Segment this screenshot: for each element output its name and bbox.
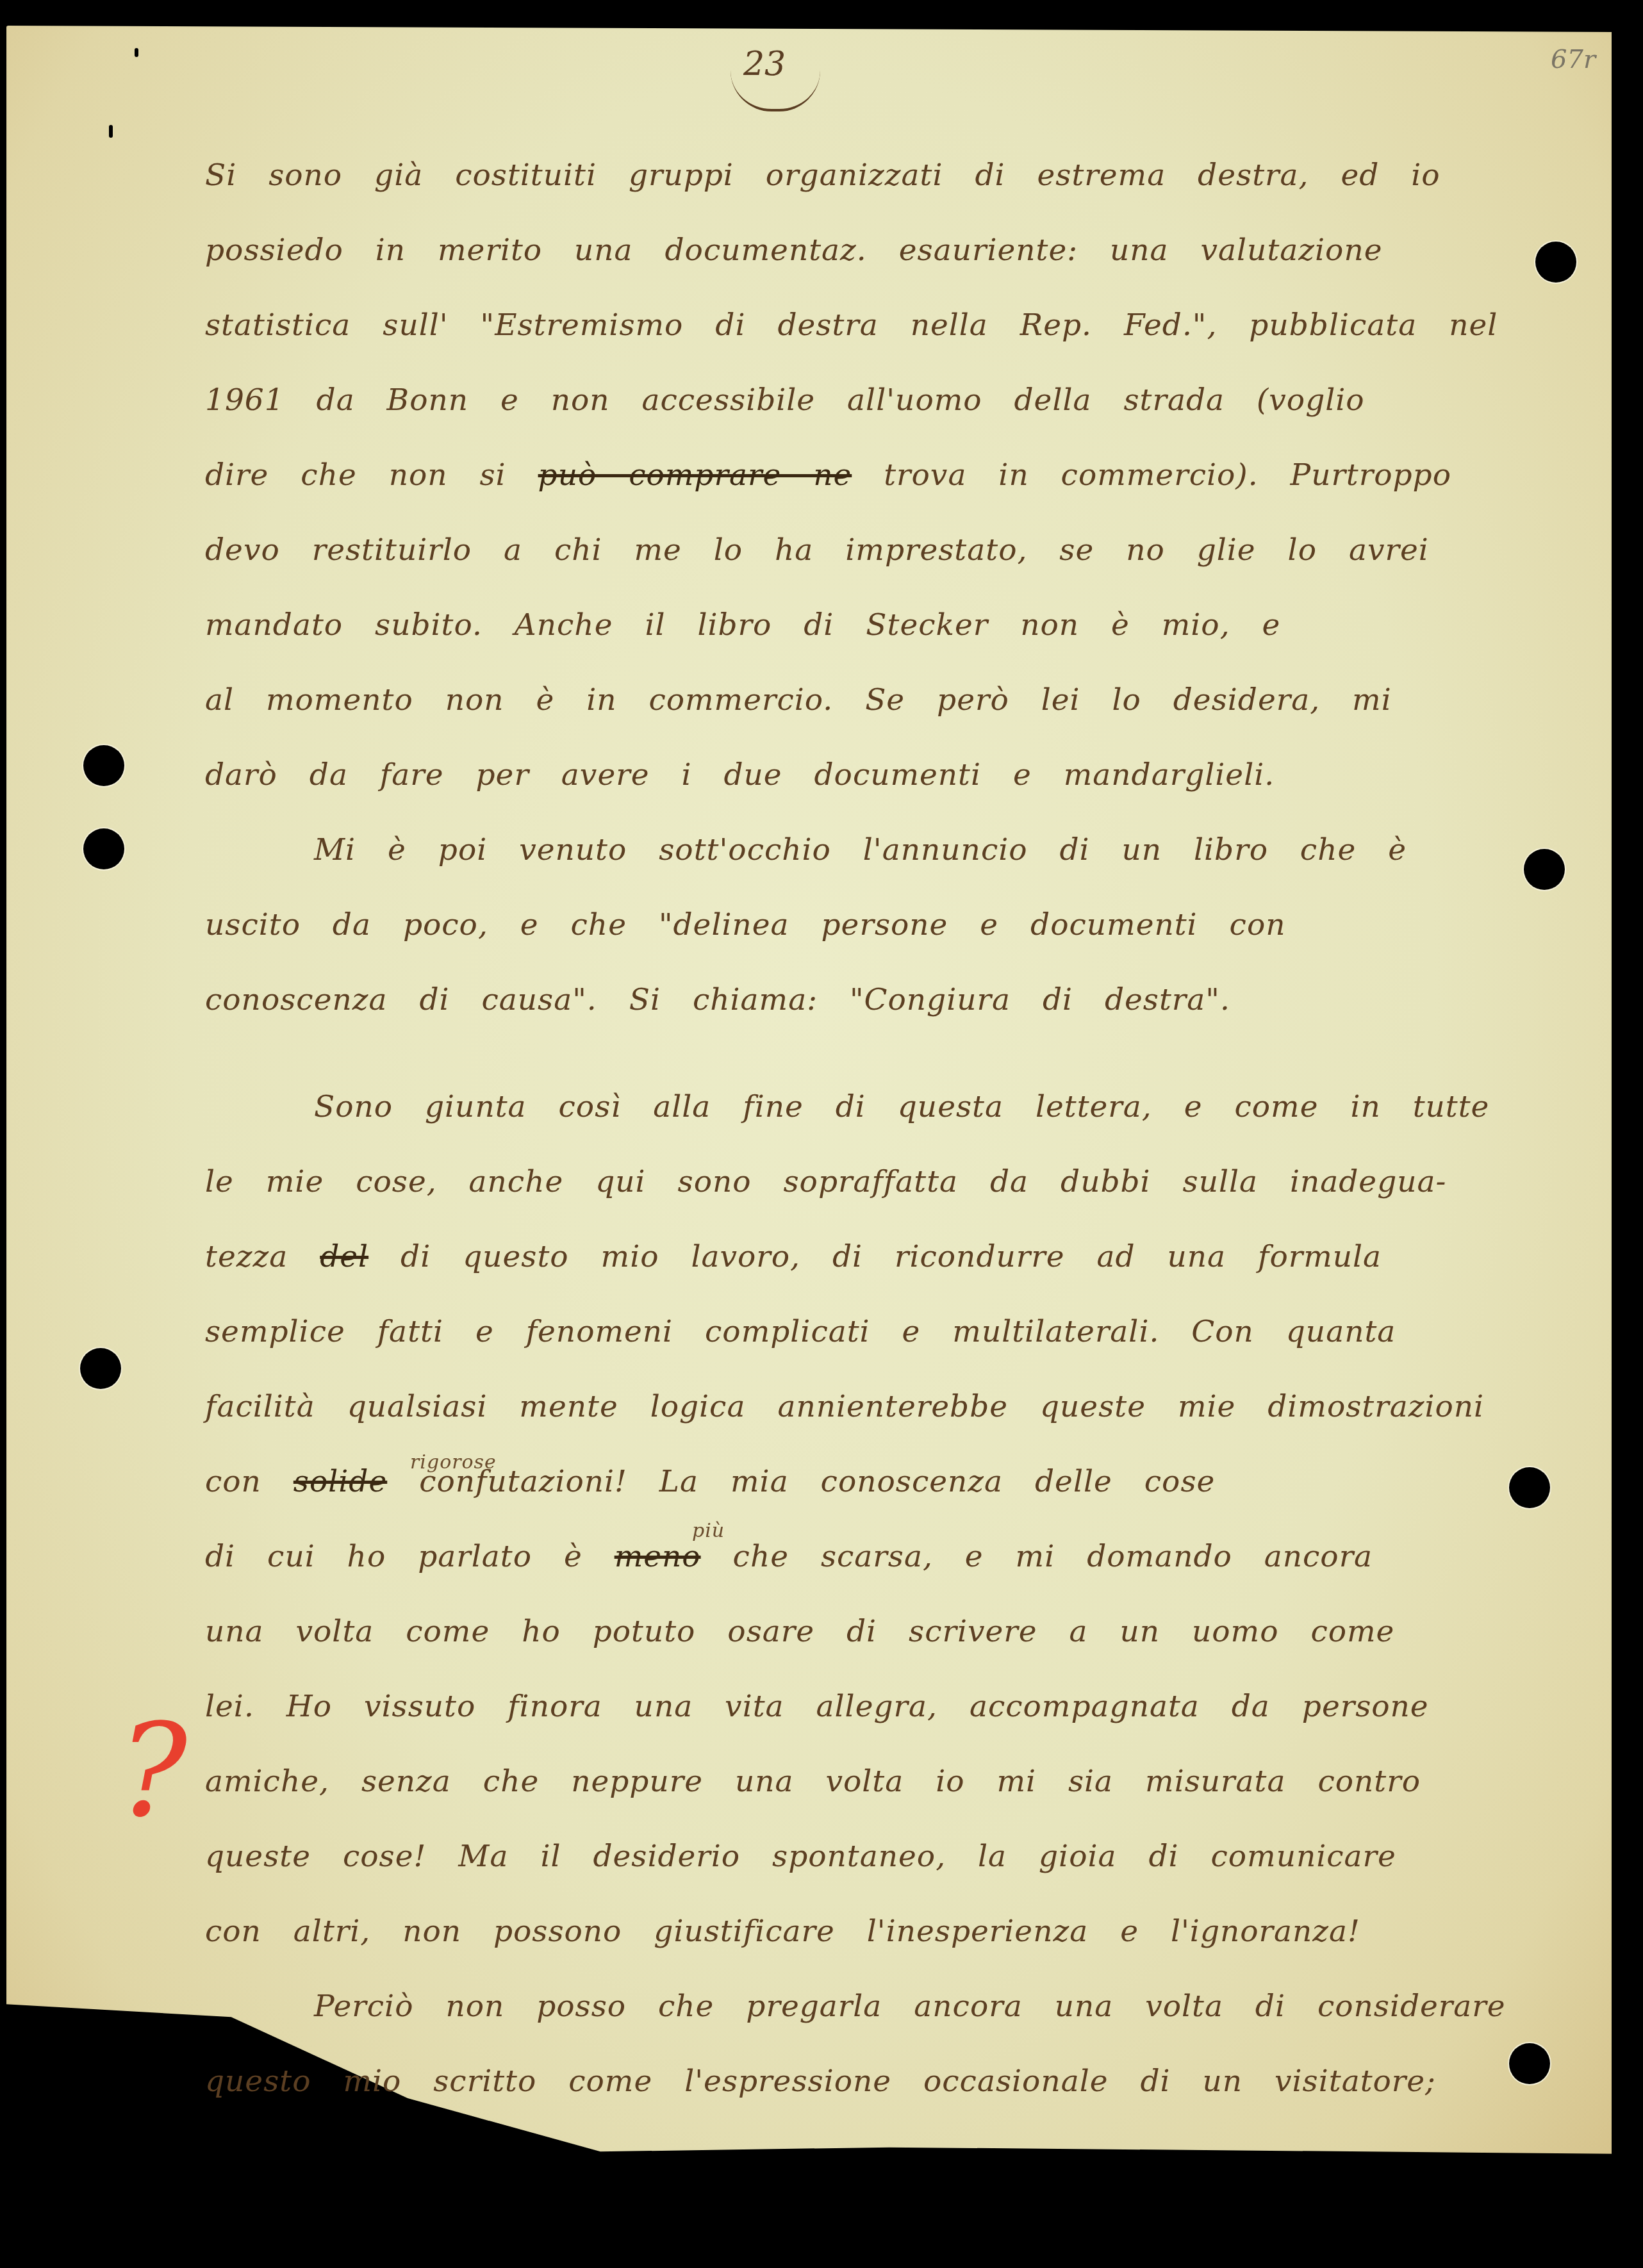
text-segment: che scarsa, e mi domando ancora [733, 1539, 1373, 1574]
ink-speck [109, 125, 113, 138]
text-line: queste cose! Ma il desiderio spontaneo, … [205, 1819, 1525, 1894]
text-line: darò da fare per avere i due documenti e… [205, 737, 1525, 812]
text-segment: dire che non si [205, 457, 506, 493]
text-line: una volta come ho potuto osare di scrive… [205, 1594, 1525, 1669]
punch-hole [83, 828, 124, 869]
text-segment: trova in commercio). Purtroppo [884, 457, 1451, 493]
text-line: tezza del di questo mio lavoro, di ricon… [205, 1219, 1525, 1294]
ink-speck [135, 48, 138, 57]
struck-text: meno [615, 1539, 701, 1574]
text-line: 1961 da Bonn e non accessibile all'uomo … [205, 363, 1525, 438]
punch-hole [83, 745, 124, 786]
struck-text: può comprare ne [538, 457, 852, 493]
text-line: Sono giunta così alla fine di questa let… [205, 1069, 1525, 1144]
text-line: lei. Ho vissuto finora una vita allegra,… [205, 1669, 1525, 1744]
text-line: uscito da poco, e che "delinea persone e… [205, 887, 1525, 962]
text-segment: di cui ho parlato è [205, 1539, 582, 1574]
text-line: Mi è poi venuto sott'occhio l'annuncio d… [205, 812, 1525, 887]
text-segment: confutazioni! La mia conoscenza delle co… [419, 1464, 1215, 1499]
text-line: questo mio scritto come l'espressione oc… [205, 2044, 1525, 2119]
struck-text: solide [293, 1464, 387, 1499]
text-line: al momento non è in commercio. Se però l… [205, 662, 1525, 737]
text-line: conoscenza di causa". Si chiama: "Congiu… [205, 962, 1525, 1037]
text-line: dire che non si può comprare ne trova in… [205, 438, 1525, 513]
text-line: Si sono già costituiti gruppi organizzat… [205, 138, 1525, 213]
text-line: devo restituirlo a chi me lo ha impresta… [205, 513, 1525, 588]
folio-mark: 67r [1551, 45, 1596, 74]
punch-hole [1524, 849, 1565, 890]
struck-text: del [320, 1239, 368, 1274]
letter-body: Si sono già costituiti gruppi organizzat… [205, 138, 1525, 2119]
text-line: mandato subito. Anche il libro di Stecke… [205, 588, 1525, 662]
text-segment: con [205, 1464, 261, 1499]
text-line: Perciò non posso che pregarla ancora una… [205, 1969, 1525, 2044]
punch-hole [1535, 242, 1576, 283]
text-line: amiche, senza che neppure una volta io m… [205, 1744, 1525, 1819]
text-segment: di questo mio lavoro, di ricondurre ad u… [400, 1239, 1382, 1274]
text-line: le mie cose, anche qui sono sopraffatta … [205, 1144, 1525, 1219]
text-line: semplice fatti e fenomeni complicati e m… [205, 1294, 1525, 1369]
text-segment: tezza [205, 1239, 288, 1274]
inserted-text: più [692, 1493, 725, 1568]
paragraph-gap [205, 1037, 1525, 1069]
text-line: con altri, non possono giustificare l'in… [205, 1894, 1525, 1969]
punch-hole [80, 1348, 121, 1389]
text-line: con solide rigorose confutazioni! La mia… [205, 1444, 1525, 1519]
inserted-text: rigorose [410, 1425, 497, 1500]
text-line: facilità qualsiasi mente logica anniente… [205, 1369, 1525, 1444]
text-line: possiedo in merito una documentaz. esaur… [205, 213, 1525, 288]
text-line: di cui ho parlato è meno più che scarsa,… [205, 1519, 1525, 1594]
red-question-mark-annotation: ? [119, 1707, 187, 1836]
scanned-page: 23 67r ? Si sono già costituiti gruppi o… [0, 0, 1643, 2268]
text-line: statistica sull' "Estremismo di destra n… [205, 288, 1525, 363]
